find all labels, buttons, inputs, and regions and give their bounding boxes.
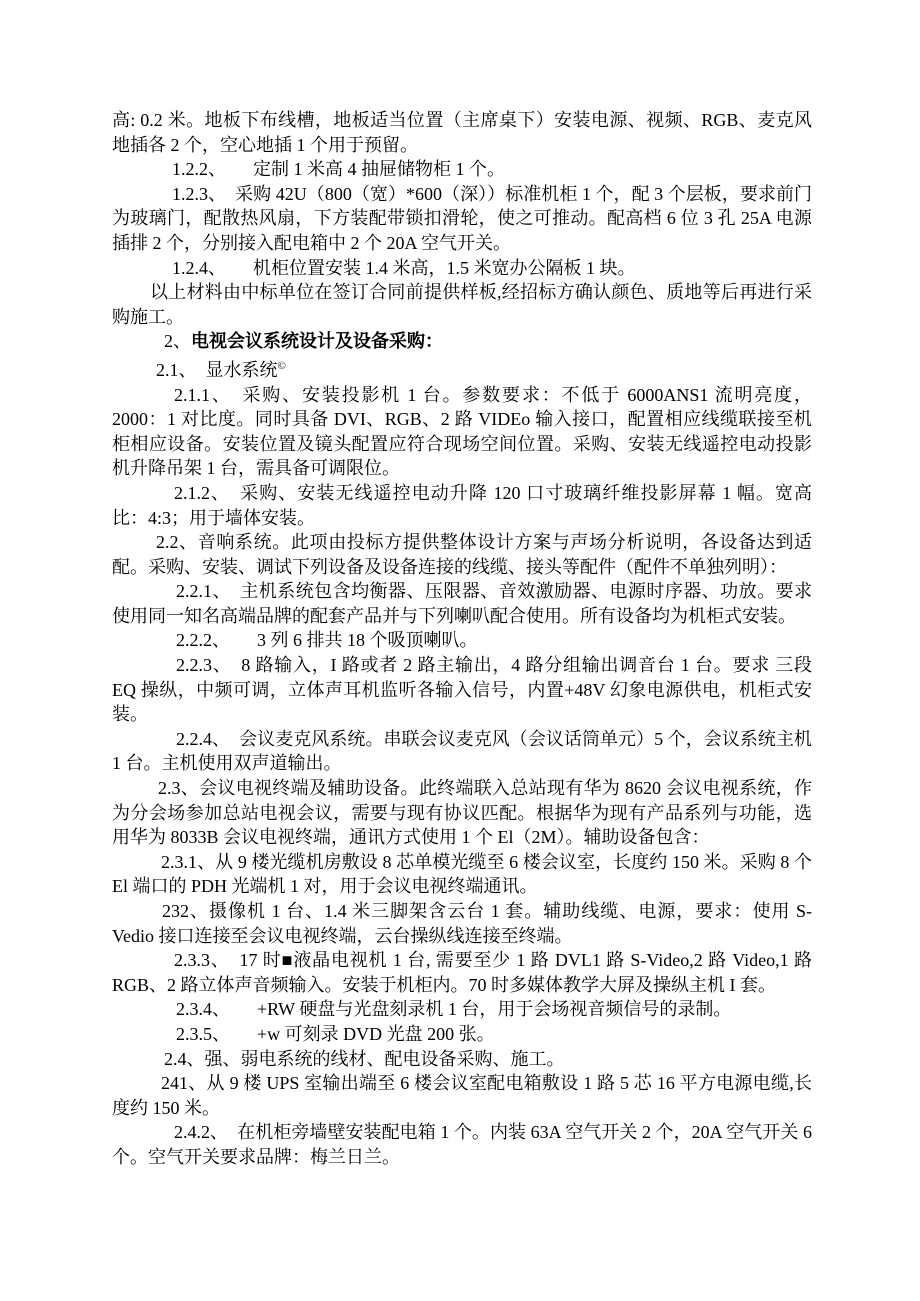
paragraph: 2.1、 显水系统© (112, 354, 812, 383)
paragraph: 232、摄像机 1 台、1.4 米三脚架含云台 1 套。辅助线缆、电源，要求：使… (112, 899, 812, 948)
text-run: 2.2.4、 会议麦克风系统。串联会议麦克风（会议话筒单元）5 个，会议系统主机… (112, 729, 812, 774)
text-run: 2.3.3、 17 时■液晶电视机 1 台, 需要至少 1 路 DVL1 路 S… (112, 950, 812, 995)
section-heading-text: 电视会议系统设计及设备采购： (191, 331, 443, 351)
text-run: 1.2.4、 机柜位置安装 1.4 米高，1.5 米宽办公隔板 1 块。 (172, 258, 636, 278)
paragraph: 2.2.3、 8 路输入，I 路或者 2 路主输出，4 路分组输出调音台 1 台… (112, 653, 812, 727)
text-run: 2.1、 显水系统 (156, 360, 278, 380)
text-run: 2.4.2、 在机柜旁墙壁安装配电箱 1 个。内装 63A 空气开关 2 个，2… (112, 1122, 812, 1167)
paragraph: 2.3.3、 17 时■液晶电视机 1 台, 需要至少 1 路 DVL1 路 S… (112, 948, 812, 997)
text-run: 1.2.3、 采购 42U（800（宽）*600（深））标准机柜 1 个，配 3… (112, 184, 812, 253)
paragraph: 以上材料由中标单位在签订合同前提供样板,经招标方确认颜色、质地等后再进行采购施工… (112, 280, 812, 329)
text-run: 2.1.1、 采购、安装投影机 1 台。参数要求：不低于 6000ANS1 流明… (112, 385, 812, 479)
paragraph: 1.2.2、 定制 1 米高 4 抽屉储物柜 1 个。 (112, 157, 812, 182)
paragraph: 2.1.2、 采购、安装无线遥控电动升降 120 口寸玻璃纤维投影屏幕 1 幅。… (112, 481, 812, 530)
paragraph: 2.2.1、 主机系统包含均衡器、压限器、音效激励器、电源时序器、功放。要求使用… (112, 579, 812, 628)
paragraph: 2.3.1、从 9 楼光缆机房敷设 8 芯单模光缆至 6 楼会议室，长度约 15… (112, 850, 812, 899)
paragraph: 2.2、音响系统。此项由投标方提供整体设计方案与声场分析说明，各设备达到适配。采… (112, 530, 812, 579)
paragraph: 2.2.4、 会议麦克风系统。串联会议麦克风（会议话筒单元）5 个，会议系统主机… (112, 727, 812, 776)
paragraph: 2.1.1、 采购、安装投影机 1 台。参数要求：不低于 6000ANS1 流明… (112, 383, 812, 481)
paragraph: 2.4.2、 在机柜旁墙壁安装配电箱 1 个。内装 63A 空气开关 2 个，2… (112, 1120, 812, 1169)
text-run: 232、摄像机 1 台、1.4 米三脚架含云台 1 套。辅助线缆、电源，要求：使… (112, 901, 812, 946)
paragraph: 1.2.3、 采购 42U（800（宽）*600（深））标准机柜 1 个，配 3… (112, 182, 812, 256)
text-run: 2.4、强、弱电系统的线材、配电设备采购、施工。 (164, 1049, 565, 1069)
paragraph: 高: 0.2 米。地板下布线槽，地板适当位置（主席桌下）安装电源、视频、RGB、… (112, 108, 812, 157)
paragraph: 2.3、会议电视终端及辅助设备。此终端联入总站现有华为 8620 会议电视系统，… (112, 776, 812, 850)
text-run: 高: 0.2 米。地板下布线槽，地板适当位置（主席桌下）安装电源、视频、RGB、… (112, 110, 812, 155)
text-run: 以上材料由中标单位在签订合同前提供样板,经招标方确认颜色、质地等后再进行采购施工… (112, 282, 812, 327)
text-run: 241、从 9 楼 UPS 室输出端至 6 楼会议室配电箱敷设 1 路 5 芯 … (112, 1073, 812, 1118)
text-run: 2.2.3、 8 路输入，I 路或者 2 路主输出，4 路分组输出调音台 1 台… (112, 655, 812, 724)
paragraph: 2.4、强、弱电系统的线材、配电设备采购、施工。 (112, 1047, 812, 1072)
document-body: 高: 0.2 米。地板下布线槽，地板适当位置（主席桌下）安装电源、视频、RGB、… (112, 108, 812, 1170)
paragraph: 2.2.2、 3 列 6 排共 18 个吸顶喇叭。 (112, 628, 812, 653)
text-run: 2.3、会议电视终端及辅助设备。此终端联入总站现有华为 8620 会议电视系统，… (112, 778, 812, 847)
text-run: 2.2、音响系统。此项由投标方提供整体设计方案与声场分析说明，各设备达到适配。采… (112, 532, 812, 577)
text-run: 2、 (164, 331, 191, 351)
text-run: 2.1.2、 采购、安装无线遥控电动升降 120 口寸玻璃纤维投影屏幕 1 幅。… (112, 483, 812, 528)
text-run: 1.2.2、 定制 1 米高 4 抽屉储物柜 1 个。 (172, 159, 505, 179)
text-run: 2.2.1、 主机系统包含均衡器、压限器、音效激励器、电源时序器、功放。要求使用… (112, 581, 812, 626)
paragraph: 241、从 9 楼 UPS 室输出端至 6 楼会议室配电箱敷设 1 路 5 芯 … (112, 1071, 812, 1120)
paragraph: 2、电视会议系统设计及设备采购： (112, 329, 812, 354)
text-run: 2.3.1、从 9 楼光缆机房敷设 8 芯单模光缆至 6 楼会议室，长度约 15… (112, 852, 812, 897)
document-page: 高: 0.2 米。地板下布线槽，地板适当位置（主席桌下）安装电源、视频、RGB、… (0, 0, 920, 1301)
paragraph: 2.3.4、 +RW 硬盘与光盘刻录机 1 台，用于会场视音频信号的录制。 (112, 997, 812, 1022)
text-run: 2.3.4、 +RW 硬盘与光盘刻录机 1 台，用于会场视音频信号的录制。 (176, 999, 731, 1019)
paragraph: 1.2.4、 机柜位置安装 1.4 米高，1.5 米宽办公隔板 1 块。 (112, 256, 812, 281)
superscript-mark: © (278, 360, 286, 372)
text-run: 2.3.5、 +w 可刻录 DVD 光盘 200 张。 (176, 1024, 495, 1044)
paragraph: 2.3.5、 +w 可刻录 DVD 光盘 200 张。 (112, 1022, 812, 1047)
text-run: 2.2.2、 3 列 6 排共 18 个吸顶喇叭。 (176, 630, 478, 650)
